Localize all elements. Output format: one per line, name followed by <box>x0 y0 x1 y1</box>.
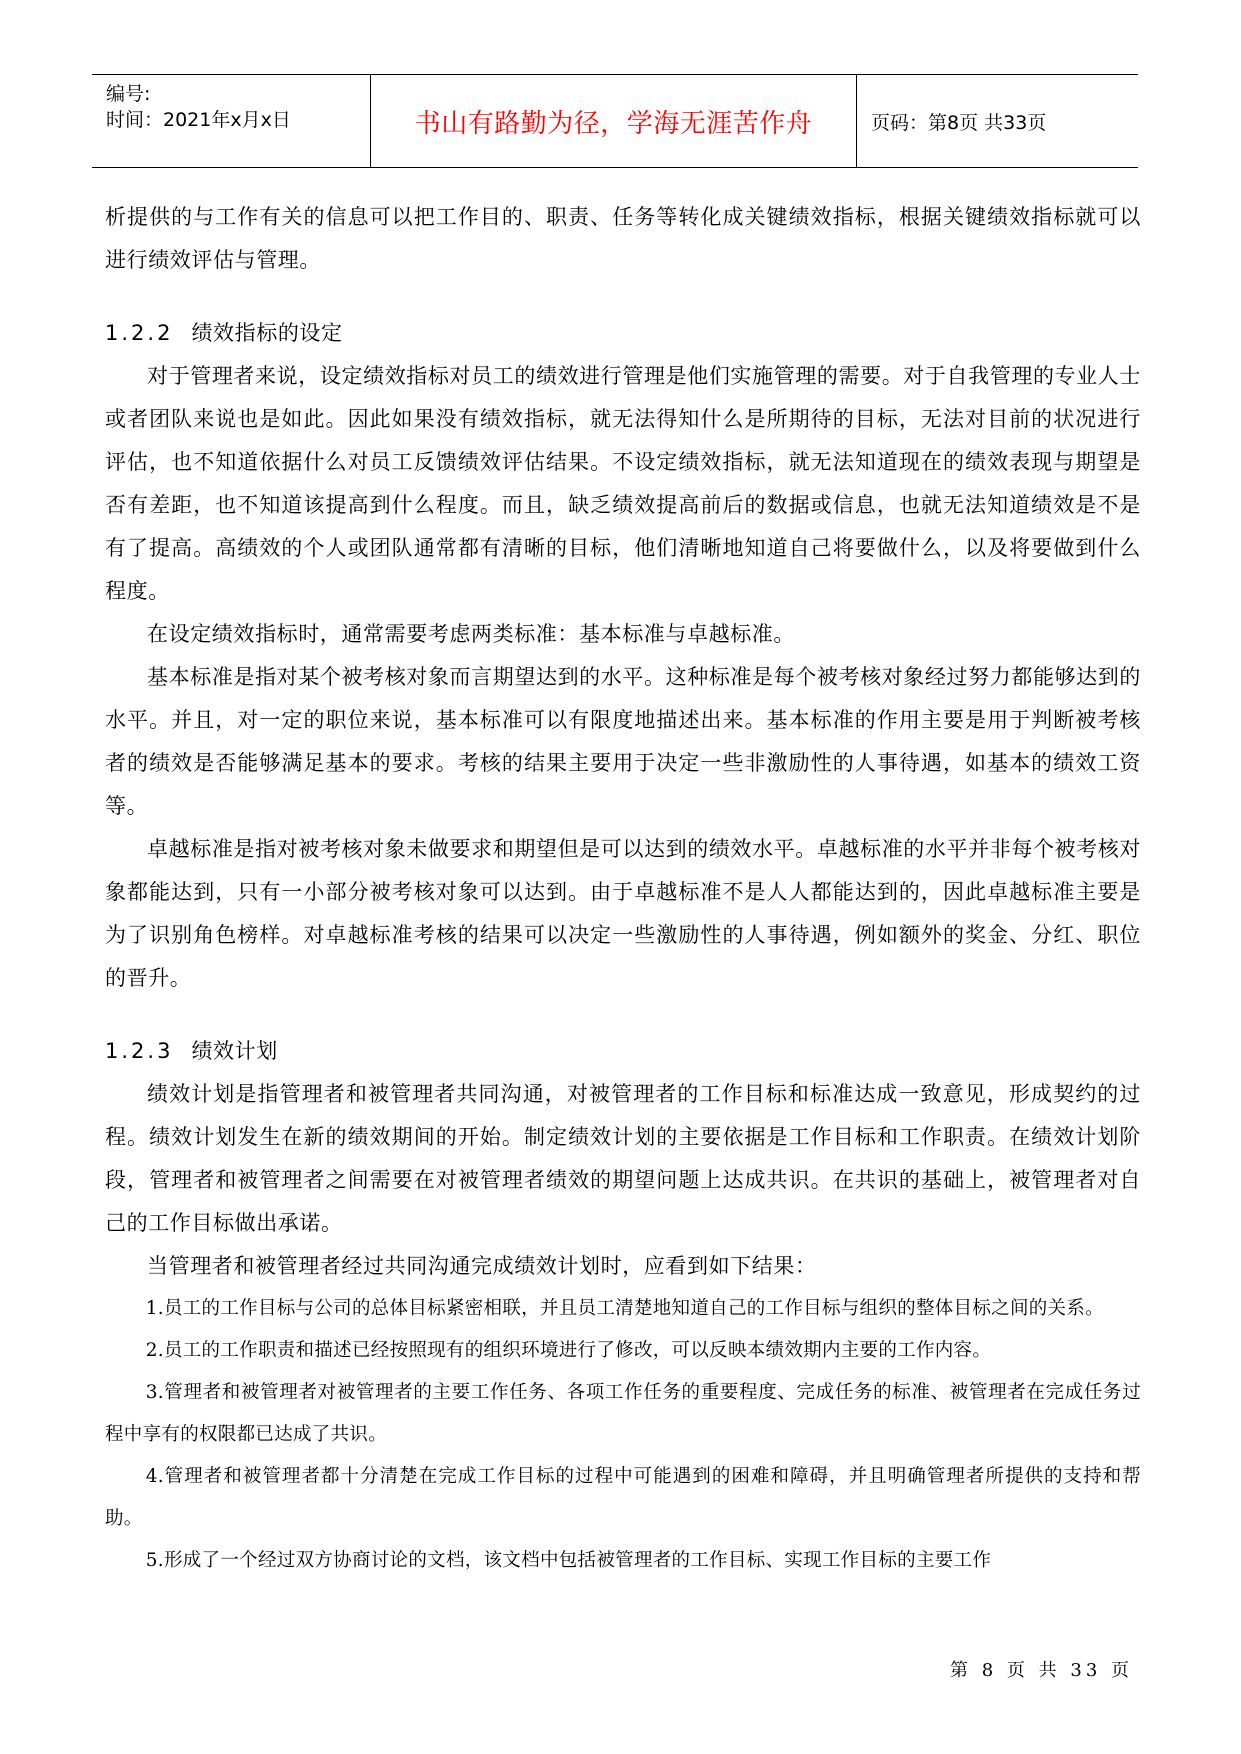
intro-paragraph: 析提供的与工作有关的信息可以把工作目的、职责、任务等转化成关键绩效指标，根据关键… <box>105 196 1141 282</box>
section-heading-1-2-2: 1.2.2绩效指标的设定 <box>105 312 1141 355</box>
section-heading-1-2-3: 1.2.3绩效计划 <box>105 1030 1141 1073</box>
paragraph: 基本标准是指对某个被考核对象而言期望达到的水平。这种标准是每个被考核对象经过努力… <box>105 656 1141 828</box>
paragraph: 当管理者和被管理者经过共同沟通完成绩效计划时，应看到如下结果： <box>105 1245 1141 1288</box>
page-header-table: 编号: 时间：2021年x月x日 书山有路勤为径，学海无涯苦作舟 页码：第8页 … <box>92 74 1138 168</box>
section-title: 绩效指标的设定 <box>191 321 342 345</box>
list-item: 3.管理者和被管理者对被管理者的主要工作任务、各项工作任务的重要程度、完成任务的… <box>105 1372 1141 1456</box>
page-footer: 第 8 页 共 33 页 <box>950 1656 1133 1682</box>
paragraph: 卓越标准是指对被考核对象未做要求和期望但是可以达到的绩效水平。卓越标准的水平并非… <box>105 828 1141 1000</box>
header-page-info: 页码：第8页 共33页 <box>871 108 1046 135</box>
section-title: 绩效计划 <box>191 1039 277 1063</box>
section-number: 1.2.3 <box>105 1039 173 1063</box>
header-motto-cell: 书山有路勤为径，学海无涯苦作舟 <box>370 75 857 167</box>
list-item: 4.管理者和被管理者都十分清楚在完成工作目标的过程中可能遇到的困难和障碍，并且明… <box>105 1456 1141 1540</box>
document-date-label: 时间：2021年x月x日 <box>106 105 291 132</box>
paragraph: 在设定绩效指标时，通常需要考虑两类标准：基本标准与卓越标准。 <box>105 613 1141 656</box>
paragraph: 对于管理者来说，设定绩效指标对员工的绩效进行管理是他们实施管理的需要。对于自我管… <box>105 355 1141 613</box>
header-meta-cell: 编号: 时间：2021年x月x日 <box>92 75 370 167</box>
paragraph: 绩效计划是指管理者和被管理者共同沟通，对被管理者的工作目标和标准达成一致意见，形… <box>105 1073 1141 1245</box>
list-item: 2.员工的工作职责和描述已经按照现有的组织环境进行了修改，可以反映本绩效期内主要… <box>105 1330 1141 1372</box>
document-number-label: 编号: <box>106 79 150 106</box>
document-body: 析提供的与工作有关的信息可以把工作目的、职责、任务等转化成关键绩效指标，根据关键… <box>105 196 1141 1582</box>
list-item: 5.形成了一个经过双方协商讨论的文档，该文档中包括被管理者的工作目标、实现工作目… <box>105 1540 1141 1582</box>
header-motto: 书山有路勤为径，学海无涯苦作舟 <box>415 103 813 140</box>
results-list: 1.员工的工作目标与公司的总体目标紧密相联，并且员工清楚地知道自己的工作目标与组… <box>105 1288 1141 1582</box>
list-item: 1.员工的工作目标与公司的总体目标紧密相联，并且员工清楚地知道自己的工作目标与组… <box>105 1288 1141 1330</box>
section-number: 1.2.2 <box>105 321 173 345</box>
header-page-cell: 页码：第8页 共33页 <box>857 75 1137 167</box>
